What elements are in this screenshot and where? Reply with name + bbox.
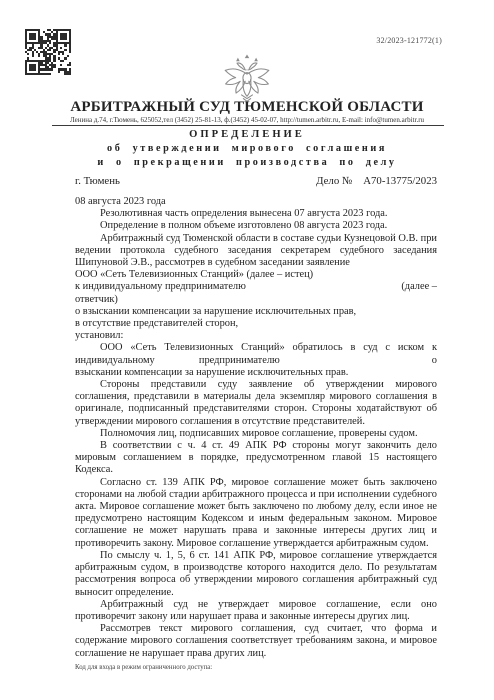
case-number-value: А70-13775/2023 bbox=[363, 175, 437, 187]
plaintiff-line: ООО «Сеть Телевизионных Станций» (далее … bbox=[75, 269, 437, 281]
body-paragraph: В соответствии с ч. 4 ст. 49 АПК РФ стор… bbox=[75, 440, 437, 477]
respondent-line-wrap: ответчик) bbox=[75, 294, 437, 306]
case-number-group: Дело №А70-13775/2023 bbox=[316, 175, 437, 187]
body-paragraph: Согласно ст. 139 АПК РФ, мировое соглаше… bbox=[75, 477, 437, 550]
ruling-body: 08 августа 2023 года Резолютивная часть … bbox=[75, 196, 437, 660]
court-name: АРБИТРАЖНЫЙ СУД ТЮМЕНСКОЙ ОБЛАСТИ bbox=[0, 99, 494, 116]
document-stamp-number: 32/2023-121772(1) bbox=[376, 36, 442, 45]
body-paragraph: Арбитражный суд не утверждает мировое со… bbox=[75, 599, 437, 623]
restricted-access-code-label: Код для входа в режим ограниченного дост… bbox=[75, 664, 212, 671]
case-info-row: г. Тюмень Дело №А70-13775/2023 bbox=[75, 175, 437, 187]
court-contacts-line: Ленина д.74, г.Тюмень, 625052,тел (3452)… bbox=[0, 116, 494, 124]
respondent-line-left: к индивидуальному предпринимателю bbox=[75, 281, 246, 293]
respondent-line: к индивидуальному предпринимателю (далее… bbox=[75, 281, 437, 293]
body-paragraph: Стороны представили суду заявление об ут… bbox=[75, 379, 437, 428]
city-label: г. Тюмень bbox=[75, 175, 120, 187]
case-number-label: Дело № bbox=[316, 175, 352, 187]
body-paragraph: Полномочия лиц, подписавших мировое согл… bbox=[75, 428, 437, 440]
body-paragraph: Рассмотрев текст мирового соглашения, су… bbox=[75, 623, 437, 660]
qr-code-icon bbox=[25, 29, 72, 76]
court-ruling-page: 32/2023-121772(1) bbox=[0, 0, 494, 700]
resolutive-part-line: Резолютивная часть определения вынесена … bbox=[75, 208, 437, 220]
header-divider bbox=[52, 125, 444, 126]
title-line-1: ОПРЕДЕЛЕНИЕ bbox=[0, 128, 494, 141]
date-line: 08 августа 2023 года bbox=[75, 196, 437, 208]
claim-subject-line: о взыскании компенсации за нарушение иск… bbox=[75, 306, 437, 318]
body-paragraph: ООО «Сеть Телевизионных Станций» обратил… bbox=[75, 342, 437, 379]
absence-of-parties-line: в отсутствие представителей сторон, bbox=[75, 318, 437, 330]
russian-coat-of-arms-icon bbox=[218, 54, 276, 104]
full-text-date-line: Определение в полном объеме изготовлено … bbox=[75, 220, 437, 232]
respondent-line-right: (далее – bbox=[401, 281, 437, 293]
title-line-2: об утверждении мирового соглашения bbox=[0, 142, 494, 155]
body-paragraph: Арбитражный суд Тюменской области в сост… bbox=[75, 233, 437, 270]
title-line-3: и о прекращении производства по делу bbox=[0, 156, 494, 169]
document-title-block: ОПРЕДЕЛЕНИЕ об утверждении мирового согл… bbox=[0, 128, 494, 169]
ustanovil-line: установил: bbox=[75, 330, 437, 342]
redacted-name-gap bbox=[280, 362, 432, 363]
body-paragraph: По смыслу ч. 1, 5, 6 ст. 141 АПК РФ, мир… bbox=[75, 550, 437, 599]
